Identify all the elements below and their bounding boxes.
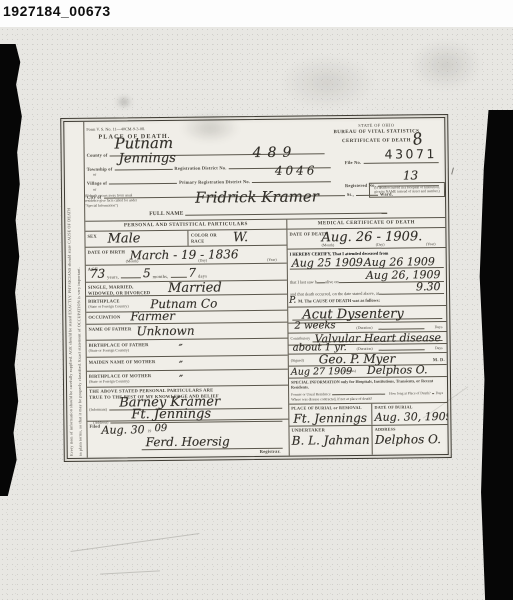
burial-place-label: PLACE OF BURIAL or REMOVAL [291,405,362,411]
contributory-label: Contributory [291,336,311,340]
certificate-header: Form V. S. No. 11—40CM-9-3-08. PLACE OF … [84,118,445,222]
father-name-label: NAME OF FATHER [88,326,131,331]
certificate-columns: PERSONAL AND STATISTICAL PARTICULARS SEX… [85,218,447,458]
where-contracted-label: Where was disease contracted, if not at … [291,396,445,402]
residence-note: (If death occurs away from usual residen… [85,193,145,208]
registrar-signature: Ferd. Hoersig [146,435,230,448]
or-label: or [93,172,96,177]
year-prefix: 19 [147,429,151,433]
scan-background: Every item of information should be care… [0,27,513,600]
death-certificate-scan-viewer: 1927184_00673 Every item of information … [0,0,513,600]
death-time-value: 9.30 [416,281,441,292]
primary-registration-label: Primary Registration District No. [179,179,250,185]
undertaker-address-value: Delphos O. [375,433,441,446]
signed-date-value: Aug 27 1909 [291,367,352,377]
father-birthplace-label: BIRTHPLACE OF FATHER [89,342,149,348]
rule-line [433,393,434,394]
state-or-foreign-sublabel: (State or Foreign Country) [88,304,128,308]
physician-address-value: Delphos O. [367,364,428,376]
file-no-value: 43071 [385,146,437,162]
signed-label: (Signed) [291,359,304,363]
marital-label: SINGLE, MARRIED, WIDOWED, OR DIVORCED [88,284,160,296]
date-of-death-value: Aug. 26 - 1909. [321,230,422,244]
mother-birthplace-label: BIRTHPLACE OF MOTHER [89,373,151,379]
how-long-label: How long at Place of Death? [389,391,430,395]
rule-line [379,293,444,295]
age-years-value: 73 [90,268,105,280]
alive-on-label: alive on [325,279,339,284]
file-no-label: File No. [345,160,362,165]
date-of-birth-value: March - 19 - 1836 [130,248,239,261]
village-label: Village of [87,181,107,186]
rule-line [317,282,325,283]
date-of-birth-label: DATE OF BIRTH [88,249,126,254]
scan-mark [451,167,458,175]
rule-line [333,394,386,396]
mother-name-label: MAIDEN NAME OF MOTHER [89,359,156,365]
full-name-line: FULL NAME [149,207,389,218]
attended-to-value: Aug 26 1909 [364,256,435,268]
row-certification: I HEREBY CERTIFY, That I attended deceas… [288,248,447,308]
months-label: months, [153,274,169,279]
year-sublabel: (Year) [426,242,436,246]
father-birthplace-value: ″ [179,343,183,354]
row-filed: Filed Aug. 30 19 09 Ferd. Hoersig Regist… [87,420,288,458]
days-sublabel: Days [435,346,443,350]
age-months-value: 5 [143,267,151,279]
certificate-border: Every item of information should be care… [63,117,449,459]
row-undertaker: UNDERTAKER B. L. Jahman ADDRESS Delphos … [289,425,447,456]
mother-birthplace-value: ″ [179,374,183,385]
former-residence-label: Former or Usual Residence [291,392,330,396]
row-father-birthplace: BIRTHPLACE OF FATHER (State or Foreign C… [87,339,288,358]
death-occurred-label: and that death occurred, on the date sta… [290,291,379,297]
rule-line [121,277,141,278]
street-label: St., [347,192,354,197]
row-burial: PLACE OF BURIAL or REMOVAL Ft. Jennings … [289,403,447,427]
undertaker-value: B. L. Jahman [292,434,370,447]
rule-line [186,213,388,216]
color-race-value: W. [233,231,248,244]
occupation-label: OCCUPATION [88,314,120,319]
state-or-foreign-sublabel: (State or Foreign Country) [89,379,129,383]
former-residence-line: Former or Usual Residence [291,390,387,397]
marital-value: Married [168,281,222,295]
days-label: days [198,274,207,279]
informant-address-value: Ft. Jennings [131,407,211,421]
sex-label: SEX [87,234,96,239]
personal-column: PERSONAL AND STATISTICAL PARTICULARS SEX… [85,220,289,458]
age-days-value: 7 [188,267,196,279]
row-date-of-birth: DATE OF BIRTH March - 19 - 1836 (Month) … [86,246,287,266]
county-label: County of [87,153,108,158]
years-label: years, [107,274,119,279]
rule-line [363,162,438,164]
birthplace-label: BIRTHPLACE [88,298,120,303]
scan-smudge [117,97,131,107]
certificate-body: Form V. S. No. 11—40CM-9-3-08. PLACE OF … [84,118,447,458]
death-certificate: Every item of information should be care… [60,114,452,462]
father-name-value: Unknown [136,325,194,338]
burial-date-label: DATE OF BURIAL [374,404,412,409]
rule-line [379,349,425,350]
attended-from-value: Aug 25 1909 [292,257,363,269]
form-number: Form V. S. No. 11—40CM-9-3-08. [86,126,145,132]
last-saw-label: that I last saw h [290,279,317,284]
row-special-information: SPECIAL INFORMATION only for Hospitals, … [289,377,447,405]
occupation-value: Farmer [130,310,175,322]
burial-place-value: Ft. Jennings [293,412,367,425]
sex-value: Male [107,232,140,245]
registration-district-value: 489 [253,146,298,160]
special-information-title: SPECIAL INFORMATION only for Hospitals, … [291,378,445,390]
film-edge-left [0,44,26,496]
scan-scratch [100,570,160,574]
undertaker-label: UNDERTAKER [291,427,325,432]
mother-name-value: ″ [179,360,183,371]
film-edge-right [479,110,513,600]
full-name-label: FULL NAME [149,211,183,217]
filed-year-value: 09 [154,424,167,434]
filed-date-value: Aug. 30 [101,424,144,435]
rule-line [109,183,177,185]
county-value: Putnam [114,136,173,152]
full-name-value: Fridrick Kramer [195,189,319,205]
color-race-label: COLOR OR RACE [191,232,225,244]
undertaker-address-label: ADDRESS [375,427,396,432]
row-attestation: THE ABOVE STATED PERSONAL PARTICULARS AR… [87,386,288,422]
rule-line [114,169,172,171]
township-value: Jennings [119,152,176,166]
cause-of-death-intro: M. The CAUSE OF DEATH was as follows: [298,298,380,304]
image-id-label: 1927184_00673 [3,3,111,19]
filed-label: Filed [89,424,100,429]
state-or-foreign-sublabel: (State or Foreign Country) [89,348,129,352]
hospital-note: (If death occurred in a Hospital or Inst… [369,182,445,197]
scan-smudge [280,55,375,110]
days-sublabel: Days [436,391,443,395]
township-label: Township of [87,166,113,171]
year-sublabel: (Year) [267,258,277,262]
informant-label: (Informant) [89,408,107,412]
row-date-of-death: DATE OF DEATH Aug. 26 - 1909. (Month) (D… [287,228,445,250]
duration-sublabel: (Duration) [356,326,372,330]
burial-date-value: Aug. 30, 1909. [375,411,449,423]
meridiem-value: P. [289,297,296,306]
registration-district-label: Registration District No. [174,165,226,171]
how-long-line: How long at Place of Death? Days [389,389,445,396]
cause-duration-value: 2 weeks [294,321,335,331]
scan-scratch [71,533,200,552]
scan-smudge [410,39,482,91]
duration-sublabel: (Duration) [357,347,373,351]
days-sublabel: Days [435,325,443,329]
rule-line [170,277,186,278]
rule-line [252,181,331,183]
medical-column: MEDICAL CERTIFICATE OF DEATH DATE OF DEA… [287,218,447,456]
registered-no-value: 13 [403,169,418,181]
registrar-label: Registrar. [260,449,281,454]
rule-line [378,328,424,329]
md-label: M. D. [433,357,445,362]
primary-registration-value: 4046 [275,164,318,176]
last-seen-value: Aug 26, 1909 [366,269,441,281]
